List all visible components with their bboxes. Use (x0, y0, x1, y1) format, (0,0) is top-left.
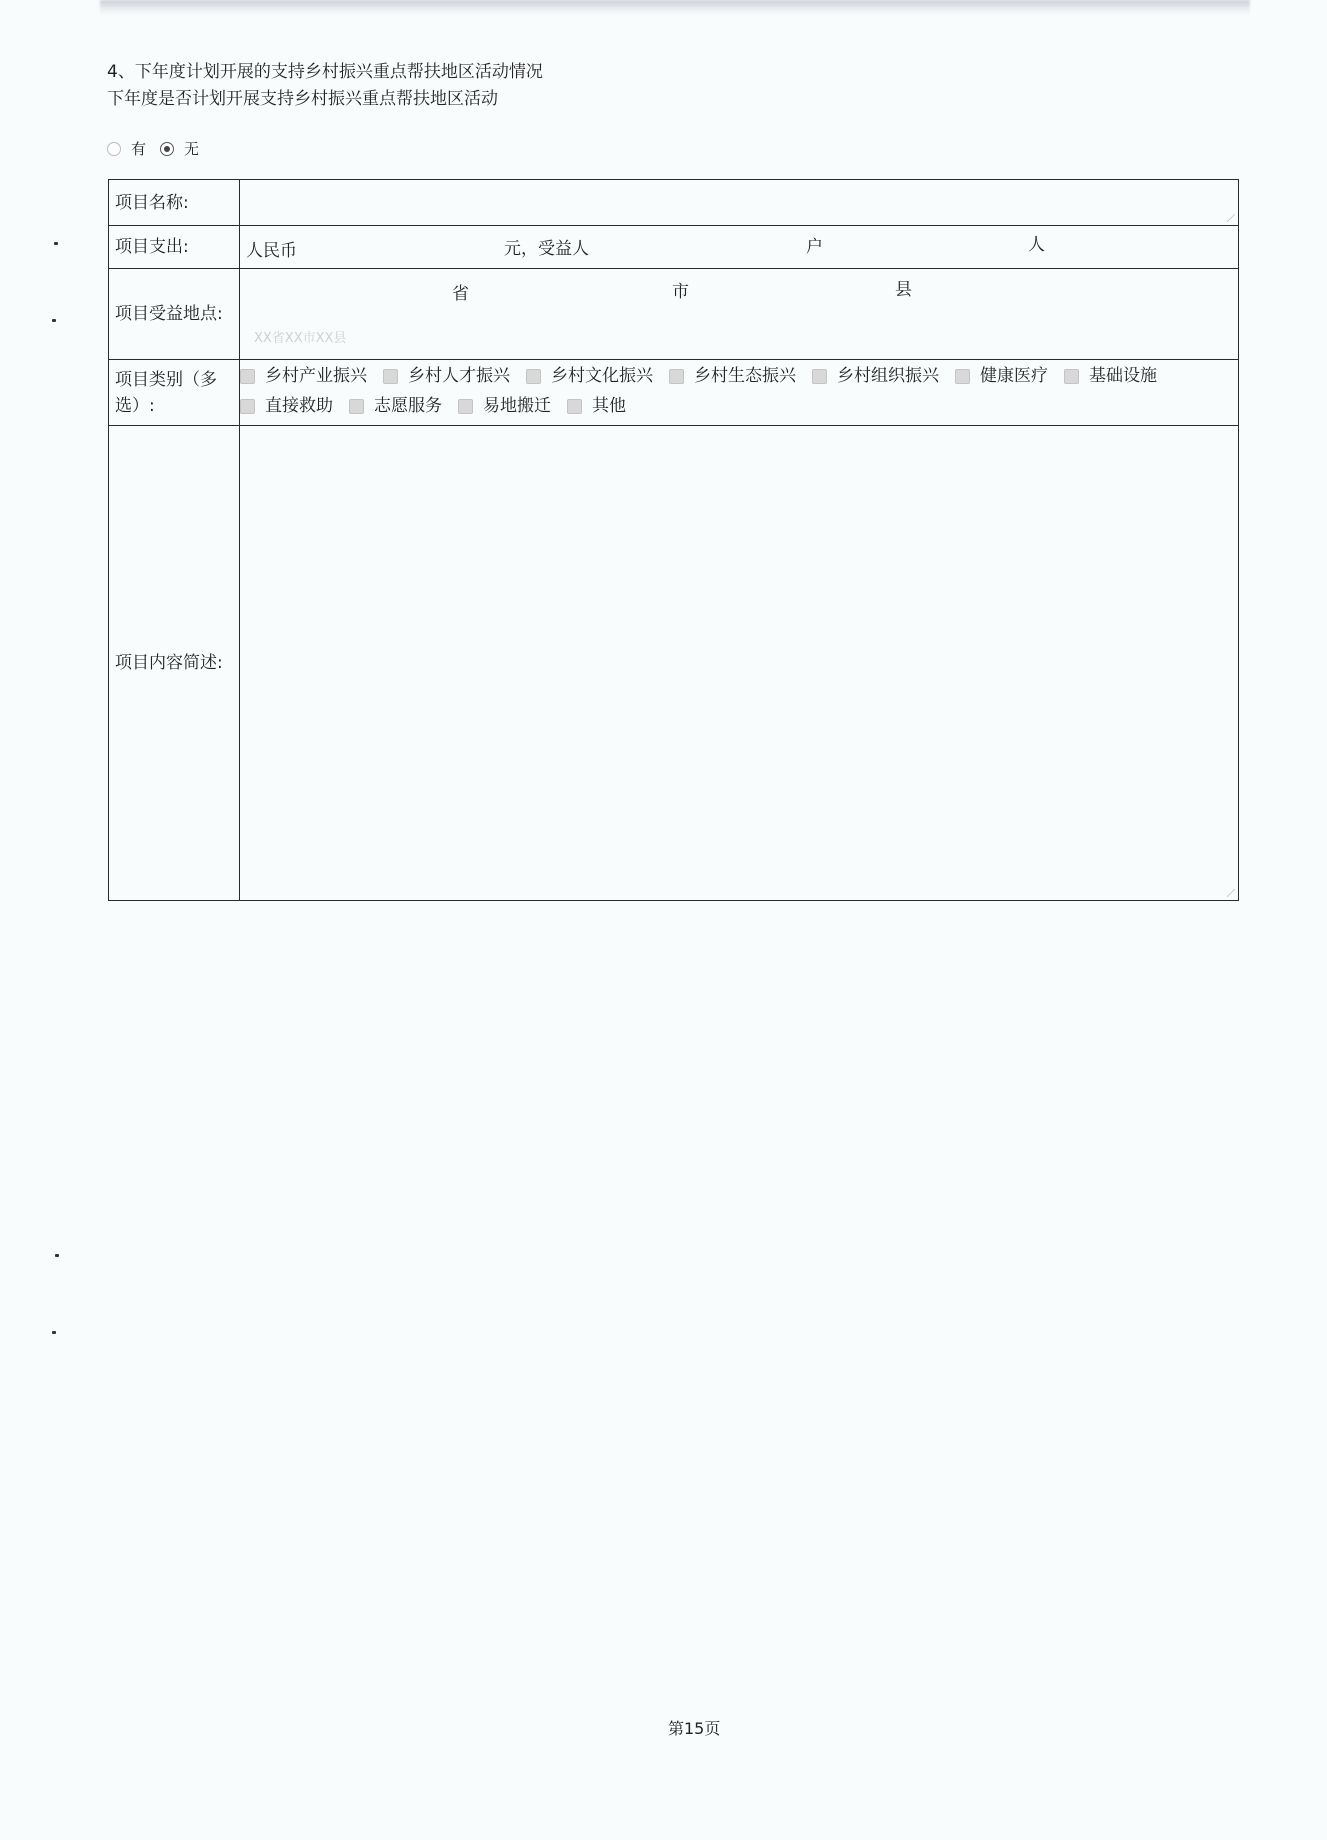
households-input[interactable] (630, 232, 800, 260)
checkbox-icon[interactable] (458, 399, 473, 414)
checkbox-icon[interactable] (240, 399, 255, 414)
category-culture[interactable]: 乡村文化振兴 (526, 363, 653, 390)
people-input[interactable] (840, 232, 1020, 260)
project-form-table: 项目名称: 项目支出: 人民币 元，受益人 户 人 项目受益地点: 省 市 县 … (108, 179, 1239, 901)
checkbox-icon[interactable] (669, 369, 684, 384)
category-industry[interactable]: 乡村产业振兴 (240, 363, 367, 390)
location-placeholder: XX省XX市XX县 (254, 327, 346, 346)
page-number: 第15页 (668, 1716, 720, 1739)
category-other[interactable]: 其他 (567, 393, 626, 420)
category-checkbox-group: 乡村产业振兴乡村人才振兴乡村文化振兴乡村生态振兴乡村组织振兴健康医疗基础设施 直… (240, 360, 1239, 426)
resize-handle-icon[interactable] (1227, 214, 1235, 222)
county-unit: 县 (895, 275, 912, 300)
checkbox-icon[interactable] (383, 369, 398, 384)
category-label: 项目类别（多选）: (109, 360, 240, 426)
province-unit: 省 (452, 279, 469, 304)
checkbox-icon[interactable] (812, 369, 827, 384)
project-name-input[interactable] (240, 180, 1239, 226)
radio-yes[interactable]: 有 (107, 138, 146, 159)
checkbox-icon[interactable] (1064, 369, 1079, 384)
category-direct-aid[interactable]: 直接救助 (240, 393, 333, 420)
currency-label: 人民币 (246, 236, 297, 261)
scan-artifact (100, 0, 1250, 16)
category-organization[interactable]: 乡村组织振兴 (812, 363, 939, 390)
scan-speck (54, 242, 58, 245)
radio-circle-icon[interactable] (107, 142, 121, 156)
scan-speck (52, 319, 56, 322)
yuan-beneficiary-label: 元，受益人 (504, 234, 589, 259)
plan-radio-group: 有 无 (107, 138, 213, 159)
expenditure-label: 项目支出: (109, 226, 240, 269)
radio-no[interactable]: 无 (160, 138, 199, 159)
city-unit: 市 (672, 277, 689, 302)
expenditure-field: 人民币 元，受益人 户 人 (240, 226, 1239, 269)
people-unit: 人 (1028, 230, 1045, 255)
city-input[interactable] (480, 275, 670, 303)
category-ecology[interactable]: 乡村生态振兴 (669, 363, 796, 390)
amount-input[interactable] (328, 232, 498, 260)
radio-checked-icon[interactable] (160, 142, 174, 156)
category-talent[interactable]: 乡村人才振兴 (383, 363, 510, 390)
province-input[interactable] (246, 275, 446, 303)
checkbox-icon[interactable] (526, 369, 541, 384)
checkbox-icon[interactable] (240, 369, 255, 384)
location-field: 省 市 县 XX省XX市XX县 (240, 269, 1239, 360)
category-infrastructure[interactable]: 基础设施 (1064, 363, 1157, 390)
county-input[interactable] (700, 275, 880, 303)
project-name-label: 项目名称: (109, 180, 240, 226)
location-label: 项目受益地点: (109, 269, 240, 360)
checkbox-icon[interactable] (349, 399, 364, 414)
category-volunteer[interactable]: 志愿服务 (349, 393, 442, 420)
resize-handle-icon[interactable] (1227, 889, 1235, 897)
category-relocation[interactable]: 易地搬迁 (458, 393, 551, 420)
checkbox-icon[interactable] (567, 399, 582, 414)
description-textarea[interactable] (240, 426, 1239, 901)
section-question: 下年度是否计划开展支持乡村振兴重点帮扶地区活动 (107, 87, 498, 111)
category-health[interactable]: 健康医疗 (955, 363, 1048, 390)
description-label: 项目内容简述: (109, 426, 240, 901)
scan-speck (55, 1254, 59, 1257)
households-unit: 户 (806, 232, 823, 257)
checkbox-icon[interactable] (955, 369, 970, 384)
scan-speck (52, 1331, 56, 1334)
section-title: 4、下年度计划开展的支持乡村振兴重点帮扶地区活动情况 (107, 60, 543, 84)
